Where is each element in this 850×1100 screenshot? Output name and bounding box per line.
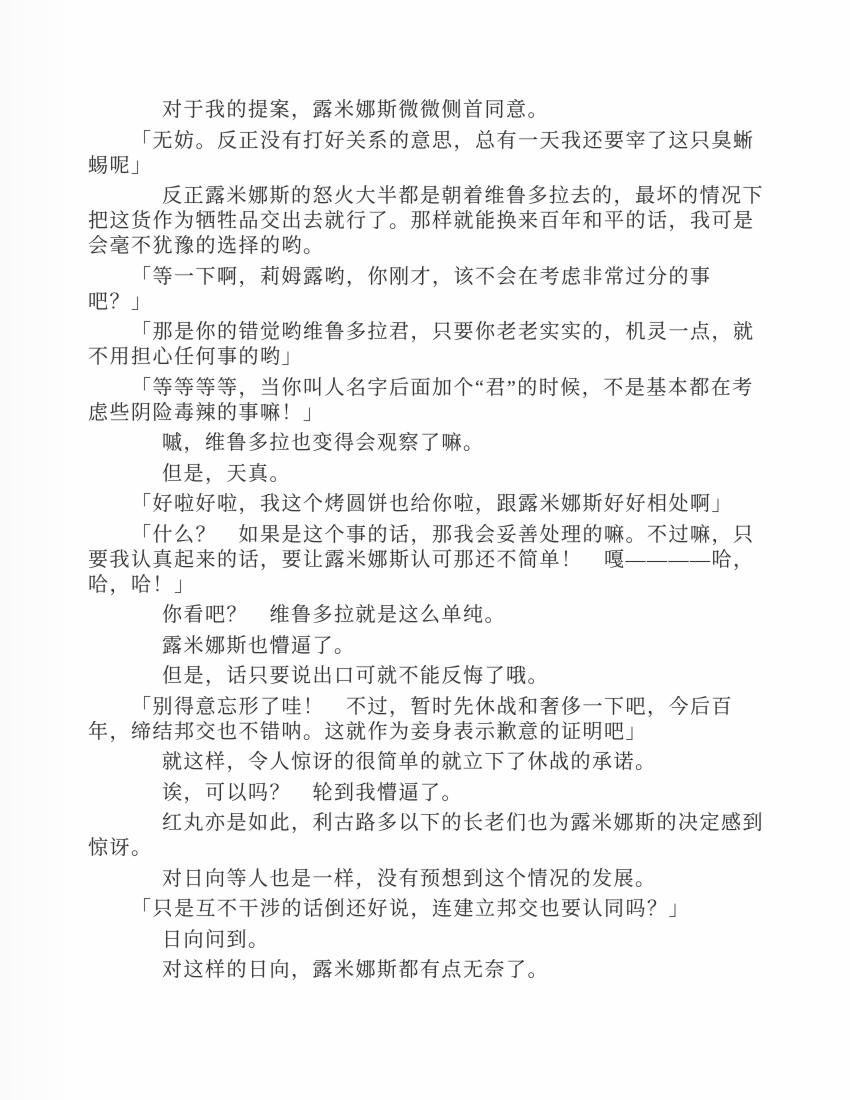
paragraph: 你看吧？ 维鲁多拉就是这么单纯。 (88, 603, 770, 628)
paragraph: 对于我的提案，露米娜斯微微侧首同意。 (88, 98, 770, 123)
text-line: 吧？」 (88, 290, 770, 315)
paragraph: 诶，可以吗？ 轮到我懵逼了。 (88, 781, 770, 806)
paragraph: 「等一下啊，莉姆露哟，你刚才，该不会在考虑非常过分的事吧？」 (88, 265, 770, 315)
text-line: 不用担心任何事的哟」 (88, 345, 770, 370)
text-line: 反正露米娜斯的怒火大半都是朝着维鲁多拉去的，最坏的情况下 (88, 184, 770, 209)
paragraph: 红丸亦是如此，利古路多以下的长老们也为露米娜斯的决定感到惊讶。 (88, 811, 770, 861)
text-line: 「别得意忘形了哇！ 不过，暂时先休战和奢侈一下吧，今后百 (88, 695, 770, 720)
paragraph: 「什么？ 如果是这个事的话，那我会妥善处理的嘛。不过嘛，只要我认真起来的话，要让… (88, 523, 770, 598)
paragraph: 对这样的日向，露米娜斯都有点无奈了。 (88, 958, 770, 983)
text-line: 「那是你的错觉哟维鲁多拉君，只要你老老实实的，机灵一点，就 (88, 320, 770, 345)
text-line: 但是，话只要说出口可就不能反悔了哦。 (88, 664, 770, 689)
paragraph: 嘁，维鲁多拉也变得会观察了嘛。 (88, 431, 770, 456)
novel-text-block: 对于我的提案，露米娜斯微微侧首同意。「无妨。反正没有打好关系的意思，总有一天我还… (88, 98, 770, 989)
text-line: 把这货作为牺牲品交出去就行了。那样就能换来百年和平的话，我可是 (88, 209, 770, 234)
text-line: 惊讶。 (88, 836, 770, 861)
text-line: 就这样，令人惊讶的很简单的就立下了休战的承诺。 (88, 750, 770, 775)
paragraph: 「别得意忘形了哇！ 不过，暂时先休战和奢侈一下吧，今后百年，缔结邦交也不错呐。这… (88, 695, 770, 745)
text-line: 你看吧？ 维鲁多拉就是这么单纯。 (88, 603, 770, 628)
novel-page: 对于我的提案，露米娜斯微微侧首同意。「无妨。反正没有打好关系的意思，总有一天我还… (0, 0, 850, 1100)
text-line: 对于我的提案，露米娜斯微微侧首同意。 (88, 98, 770, 123)
text-line: 但是，天真。 (88, 462, 770, 487)
text-line: 「什么？ 如果是这个事的话，那我会妥善处理的嘛。不过嘛，只 (88, 523, 770, 548)
paragraph: 但是，天真。 (88, 462, 770, 487)
text-line: 要我认真起来的话，要让露米娜斯认可那还不简单！ 嘎————哈， (88, 548, 770, 573)
paragraph: 日向问到。 (88, 928, 770, 953)
text-line: 「只是互不干涉的话倒还好说，连建立邦交也要认同吗？」 (88, 897, 770, 922)
text-line: 「无妨。反正没有打好关系的意思，总有一天我还要宰了这只臭蜥 (88, 129, 770, 154)
text-line: 哈，哈！」 (88, 573, 770, 598)
text-line: 「等一下啊，莉姆露哟，你刚才，该不会在考虑非常过分的事 (88, 265, 770, 290)
paragraph: 但是，话只要说出口可就不能反悔了哦。 (88, 664, 770, 689)
paragraph: 对日向等人也是一样，没有预想到这个情况的发展。 (88, 867, 770, 892)
paragraph: 「无妨。反正没有打好关系的意思，总有一天我还要宰了这只臭蜥蜴呢」 (88, 129, 770, 179)
paragraph: 就这样，令人惊讶的很简单的就立下了休战的承诺。 (88, 750, 770, 775)
text-line: 虑些阴险毒辣的事嘛！」 (88, 401, 770, 426)
paragraph: 露米娜斯也懵逼了。 (88, 634, 770, 659)
text-line: 蜴呢」 (88, 154, 770, 179)
text-line: 日向问到。 (88, 928, 770, 953)
text-line: 「等等等等，当你叫人名字后面加个“君”的时候，不是基本都在考 (88, 376, 770, 401)
text-line: 对日向等人也是一样，没有预想到这个情况的发展。 (88, 867, 770, 892)
text-line: 「好啦好啦，我这个烤圆饼也给你啦，跟露米娜斯好好相处啊」 (88, 492, 770, 517)
paragraph: 反正露米娜斯的怒火大半都是朝着维鲁多拉去的，最坏的情况下把这货作为牺牲品交出去就… (88, 184, 770, 259)
text-line: 年，缔结邦交也不错呐。这就作为妾身表示歉意的证明吧」 (88, 720, 770, 745)
paragraph: 「好啦好啦，我这个烤圆饼也给你啦，跟露米娜斯好好相处啊」 (88, 492, 770, 517)
text-line: 露米娜斯也懵逼了。 (88, 634, 770, 659)
paragraph: 「等等等等，当你叫人名字后面加个“君”的时候，不是基本都在考虑些阴险毒辣的事嘛！… (88, 376, 770, 426)
text-line: 诶，可以吗？ 轮到我懵逼了。 (88, 781, 770, 806)
text-line: 红丸亦是如此，利古路多以下的长老们也为露米娜斯的决定感到 (88, 811, 770, 836)
text-line: 嘁，维鲁多拉也变得会观察了嘛。 (88, 431, 770, 456)
text-line: 对这样的日向，露米娜斯都有点无奈了。 (88, 958, 770, 983)
paragraph: 「只是互不干涉的话倒还好说，连建立邦交也要认同吗？」 (88, 897, 770, 922)
paragraph: 「那是你的错觉哟维鲁多拉君，只要你老老实实的，机灵一点，就不用担心任何事的哟」 (88, 320, 770, 370)
text-line: 会毫不犹豫的选择的哟。 (88, 234, 770, 259)
